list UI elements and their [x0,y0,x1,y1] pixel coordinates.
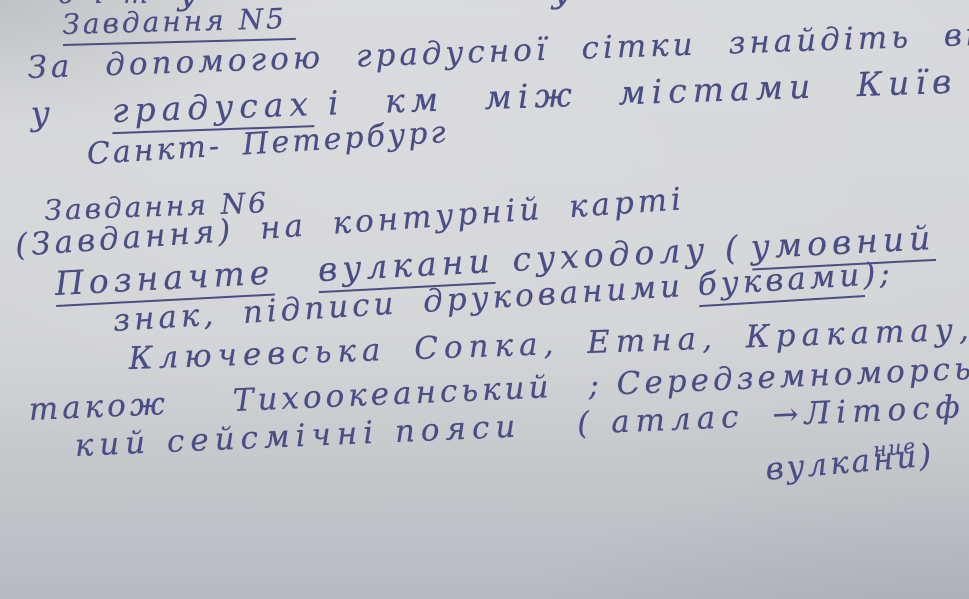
task5-heading-text: Завдання N5 [62,2,295,46]
task5-heading: Завдання N5 [62,2,295,41]
task5-line2-word1: у [30,93,57,133]
task6-line5-word1: також [28,386,170,428]
task6-line3-end: ); [862,255,895,293]
task6-line6-part2: ( атлас [576,399,745,442]
task6-line6-part3-arrow: →Літосф [772,389,967,433]
cropped-descender-loop-right: у [552,0,572,11]
notebook-photo: 6 і т у у Завдання N5 За допомогою граду… [0,0,969,599]
task6-line7-volcanoes-close: вулкани) [764,437,936,488]
